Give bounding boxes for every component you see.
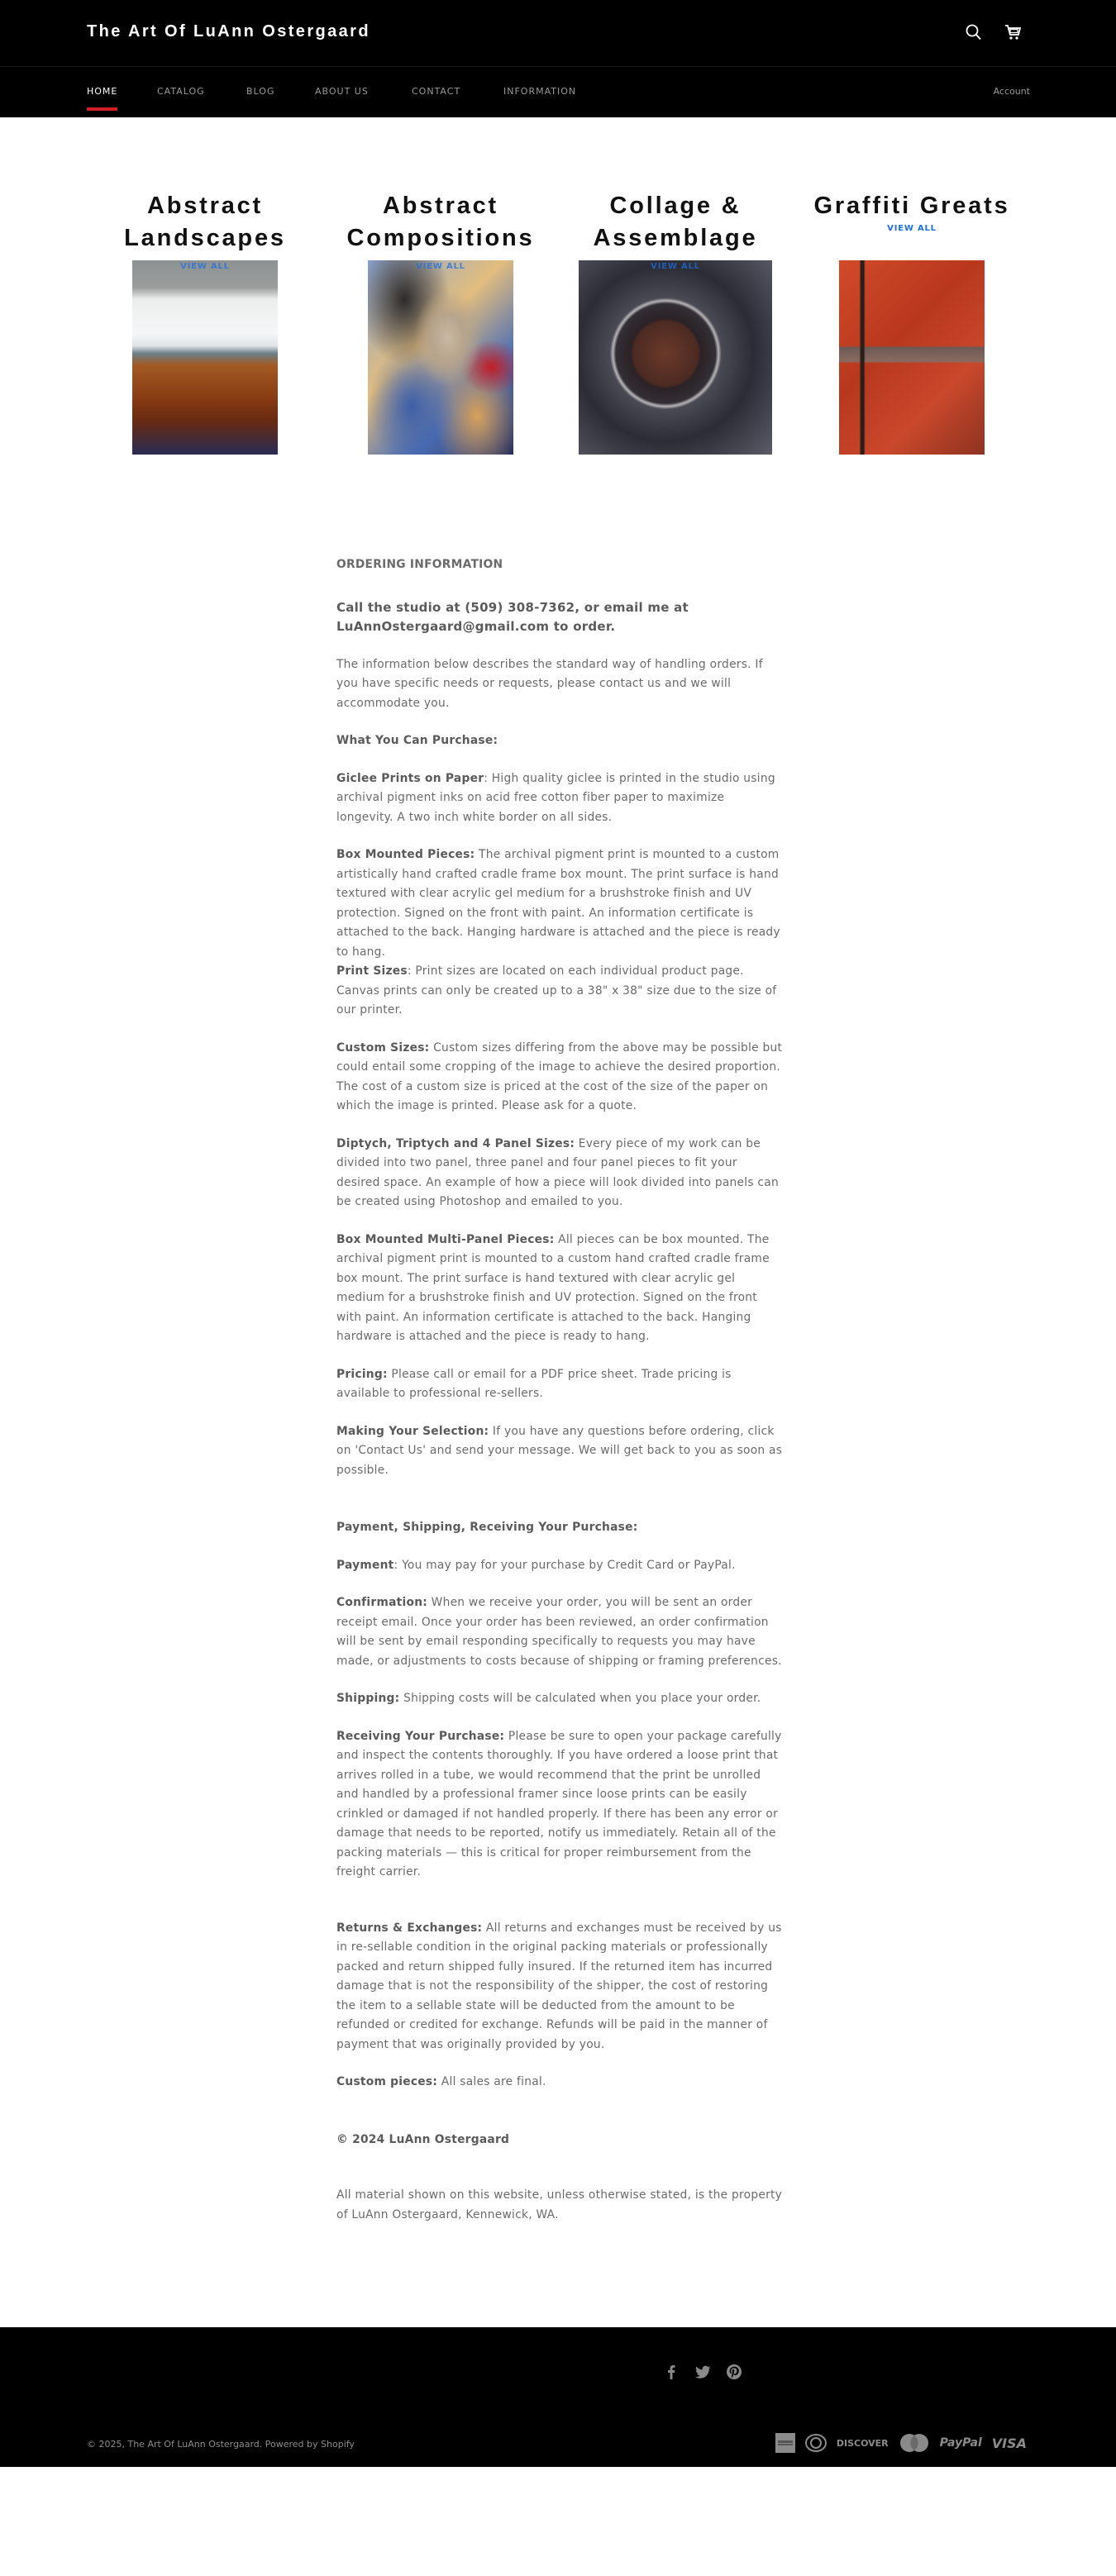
view-all-link[interactable]: VIEW ALL: [132, 262, 278, 271]
ordering-information-content: ORDERING INFORMATION Call the studio at …: [336, 555, 783, 2225]
section-heading-what-you-can-purchase: What You Can Purchase:: [336, 731, 783, 751]
payment-icons: DISCOVER PayPal VISA: [775, 2433, 1027, 2453]
collection-title[interactable]: Collage &Assemblage: [584, 190, 766, 255]
paypal-icon: PayPal: [940, 2436, 982, 2450]
site-footer: © 2025, The Art Of LuAnn Ostergaard. Pow…: [0, 2327, 1116, 2467]
paragraph-multi-panel: Box Mounted Multi-Panel Pieces: All piec…: [336, 1231, 783, 1347]
pinterest-icon[interactable]: [726, 2364, 742, 2380]
paragraph-pricing: Pricing: Please call or email for a PDF …: [336, 1365, 783, 1404]
collection-image-abstract-landscapes[interactable]: VIEW ALL: [132, 260, 278, 455]
nav-contact[interactable]: CONTACT: [412, 86, 460, 97]
nav-information[interactable]: INFORMATION: [503, 86, 576, 97]
collection-collage-assemblage: Collage &Assemblage: [584, 190, 766, 255]
intro-paragraph: The information below describes the stan…: [336, 655, 783, 714]
collection-title[interactable]: AbstractCompositions: [341, 190, 540, 255]
discover-icon: DISCOVER: [837, 2438, 889, 2449]
twitter-icon[interactable]: [694, 2364, 711, 2380]
paragraph-diptych: Diptych, Triptych and 4 Panel Sizes: Eve…: [336, 1135, 783, 1212]
collections-grid: AbstractLandscapes VIEW ALL AbstractComp…: [0, 117, 1116, 555]
nav-about-us[interactable]: ABOUT US: [315, 86, 369, 97]
section-heading-payment-shipping: Payment, Shipping, Receiving Your Purcha…: [336, 1518, 783, 1538]
american-express-icon: [775, 2433, 795, 2453]
paragraph-payment: Payment: You may pay for your purchase b…: [336, 1556, 783, 1576]
paragraph-receiving: Receiving Your Purchase: Please be sure …: [336, 1727, 783, 1883]
collection-title[interactable]: Graffiti Greats: [808, 190, 1015, 222]
visa-icon: VISA: [992, 2436, 1027, 2451]
footer-copyright: © 2025, The Art Of LuAnn Ostergaard. Pow…: [87, 2439, 355, 2450]
paragraph-making-selection: Making Your Selection: If you have any q…: [336, 1422, 783, 1481]
paragraph-box-mounted: Box Mounted Pieces: The archival pigment…: [336, 845, 783, 962]
collection-image-graffiti-greats[interactable]: [839, 260, 985, 455]
nav-blog[interactable]: BLOG: [246, 86, 274, 97]
search-icon[interactable]: [965, 23, 983, 41]
collection-title[interactable]: AbstractLandscapes: [122, 190, 288, 255]
paragraph-shipping: Shipping: Shipping costs will be calcula…: [336, 1689, 783, 1709]
collection-image-abstract-compositions[interactable]: VIEW ALL: [368, 260, 513, 455]
nav-catalog[interactable]: CATALOG: [157, 86, 205, 97]
site-header: The Art Of LuAnn Ostergaard HOME CATALOG…: [0, 0, 1116, 117]
collection-abstract-landscapes: AbstractLandscapes: [122, 190, 288, 255]
facebook-icon[interactable]: [663, 2364, 680, 2380]
social-links: [663, 2364, 742, 2380]
header-top: The Art Of LuAnn Ostergaard: [0, 0, 1116, 67]
view-all-link[interactable]: VIEW ALL: [579, 262, 772, 271]
nav-home[interactable]: HOME: [87, 86, 117, 97]
view-all-link[interactable]: VIEW ALL: [808, 224, 1015, 233]
paragraph-custom-sizes: Custom Sizes: Custom sizes differing fro…: [336, 1039, 783, 1117]
store-home-link[interactable]: The Art Of LuAnn Ostergaard: [127, 2439, 259, 2450]
cart-icon[interactable]: [1004, 23, 1022, 41]
view-all-link[interactable]: VIEW ALL: [368, 262, 513, 271]
contact-call-to-order: Call the studio at (509) 308-7362, or em…: [336, 598, 783, 637]
property-notice: All material shown on this website, unle…: [336, 2186, 783, 2225]
site-logo[interactable]: The Art Of LuAnn Ostergaard: [87, 22, 370, 41]
diners-club-icon: [805, 2434, 827, 2452]
paragraph-print-sizes: Print Sizes: Print sizes are located on …: [336, 962, 783, 1021]
paragraph-confirmation: Confirmation: When we receive your order…: [336, 1593, 783, 1671]
paragraph-custom-pieces: Custom pieces: All sales are final.: [336, 2073, 783, 2093]
collection-abstract-compositions: AbstractCompositions: [341, 190, 540, 255]
mastercard-icon: [899, 2433, 930, 2453]
page-heading: ORDERING INFORMATION: [336, 555, 783, 575]
account-link[interactable]: Account: [994, 86, 1030, 97]
content-copyright: © 2024 LuAnn Ostergaard: [336, 2131, 783, 2150]
paragraph-giclee: Giclee Prints on Paper: High quality gic…: [336, 769, 783, 828]
powered-by-shopify: . Powered by Shopify: [260, 2439, 355, 2450]
collection-image-collage-assemblage[interactable]: VIEW ALL: [579, 260, 772, 455]
paragraph-returns: Returns & Exchanges: All returns and exc…: [336, 1919, 783, 2055]
collection-graffiti-greats: Graffiti Greats VIEW ALL: [808, 190, 1015, 233]
main-nav: HOME CATALOG BLOG ABOUT US CONTACT INFOR…: [0, 68, 1116, 117]
